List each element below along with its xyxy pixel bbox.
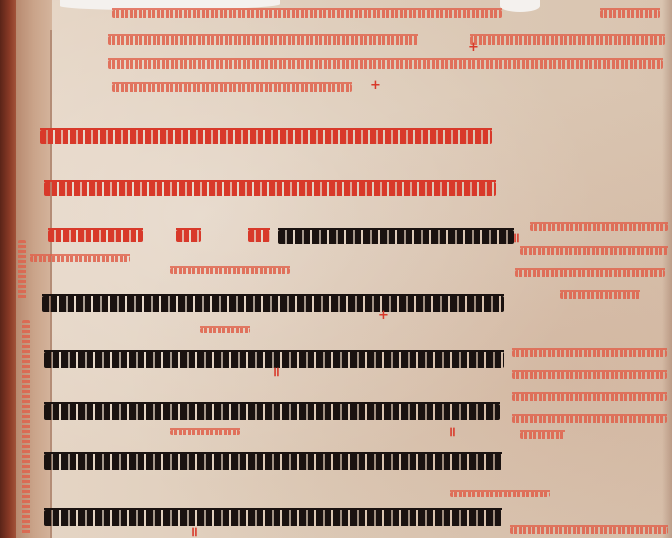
danda-mark: ॥ bbox=[448, 422, 456, 440]
vertical-margin-note bbox=[22, 320, 30, 535]
glyph-strokes bbox=[44, 182, 496, 196]
glyph-strokes bbox=[30, 256, 130, 262]
text-line bbox=[248, 228, 270, 242]
text-line bbox=[112, 8, 502, 18]
torn-top-notch bbox=[500, 0, 540, 12]
text-line bbox=[44, 452, 502, 470]
danda-mark: ॥ bbox=[272, 362, 280, 380]
vertical-margin-note bbox=[18, 240, 26, 300]
text-line bbox=[278, 228, 514, 244]
text-line bbox=[30, 254, 130, 262]
text-line bbox=[44, 402, 500, 420]
text-line bbox=[510, 525, 668, 534]
danda-mark: + bbox=[378, 308, 389, 323]
text-line bbox=[200, 326, 250, 333]
glyph-strokes bbox=[512, 372, 667, 379]
glyph-strokes bbox=[42, 296, 504, 312]
text-line bbox=[44, 180, 496, 196]
glyph-strokes bbox=[470, 36, 665, 45]
text-line bbox=[450, 490, 550, 497]
glyph-strokes bbox=[108, 60, 663, 69]
text-line bbox=[512, 348, 667, 357]
text-line bbox=[560, 290, 640, 299]
glyph-strokes bbox=[44, 454, 502, 470]
glyph-strokes bbox=[512, 394, 667, 401]
text-line bbox=[512, 414, 667, 423]
glyph-strokes bbox=[44, 510, 502, 526]
text-line bbox=[515, 268, 665, 277]
glyph-strokes bbox=[278, 230, 514, 244]
danda-mark: ॥ bbox=[512, 228, 520, 246]
text-line bbox=[108, 34, 418, 45]
glyph-strokes bbox=[510, 527, 668, 534]
text-line bbox=[520, 430, 565, 439]
glyph-strokes bbox=[512, 416, 667, 423]
manuscript-page: +++॥॥॥॥ bbox=[0, 0, 672, 538]
book-spine bbox=[0, 0, 16, 538]
glyph-strokes bbox=[520, 248, 668, 255]
glyph-strokes bbox=[176, 230, 201, 242]
glyph-strokes bbox=[170, 430, 240, 435]
text-line bbox=[170, 266, 290, 274]
text-line bbox=[48, 228, 143, 242]
text-line bbox=[512, 370, 667, 379]
text-line bbox=[42, 294, 504, 312]
text-line bbox=[40, 128, 492, 144]
glyph-strokes bbox=[112, 10, 502, 18]
glyph-strokes bbox=[600, 10, 660, 18]
text-line bbox=[470, 34, 665, 45]
glyph-strokes bbox=[112, 84, 352, 92]
glyph-strokes bbox=[108, 36, 418, 45]
text-line bbox=[170, 428, 240, 435]
text-line bbox=[512, 392, 667, 401]
glyph-strokes bbox=[512, 350, 667, 357]
glyph-strokes bbox=[520, 432, 565, 439]
glyph-strokes bbox=[560, 292, 640, 299]
danda-mark: ॥ bbox=[190, 522, 198, 538]
danda-mark: + bbox=[468, 40, 479, 55]
glyph-strokes bbox=[200, 328, 250, 333]
glyph-strokes bbox=[248, 230, 270, 242]
text-line bbox=[44, 508, 502, 526]
glyph-strokes bbox=[170, 268, 290, 274]
text-line bbox=[176, 228, 201, 242]
text-line bbox=[600, 8, 660, 18]
glyph-strokes bbox=[530, 224, 668, 231]
glyph-strokes bbox=[44, 404, 500, 420]
text-line bbox=[520, 246, 668, 255]
glyph-strokes bbox=[450, 492, 550, 497]
glyph-strokes bbox=[48, 230, 143, 242]
text-line bbox=[530, 222, 668, 231]
danda-mark: + bbox=[370, 78, 381, 93]
text-line bbox=[108, 58, 663, 69]
glyph-strokes bbox=[40, 130, 492, 144]
text-line bbox=[112, 82, 352, 92]
glyph-strokes bbox=[515, 270, 665, 277]
